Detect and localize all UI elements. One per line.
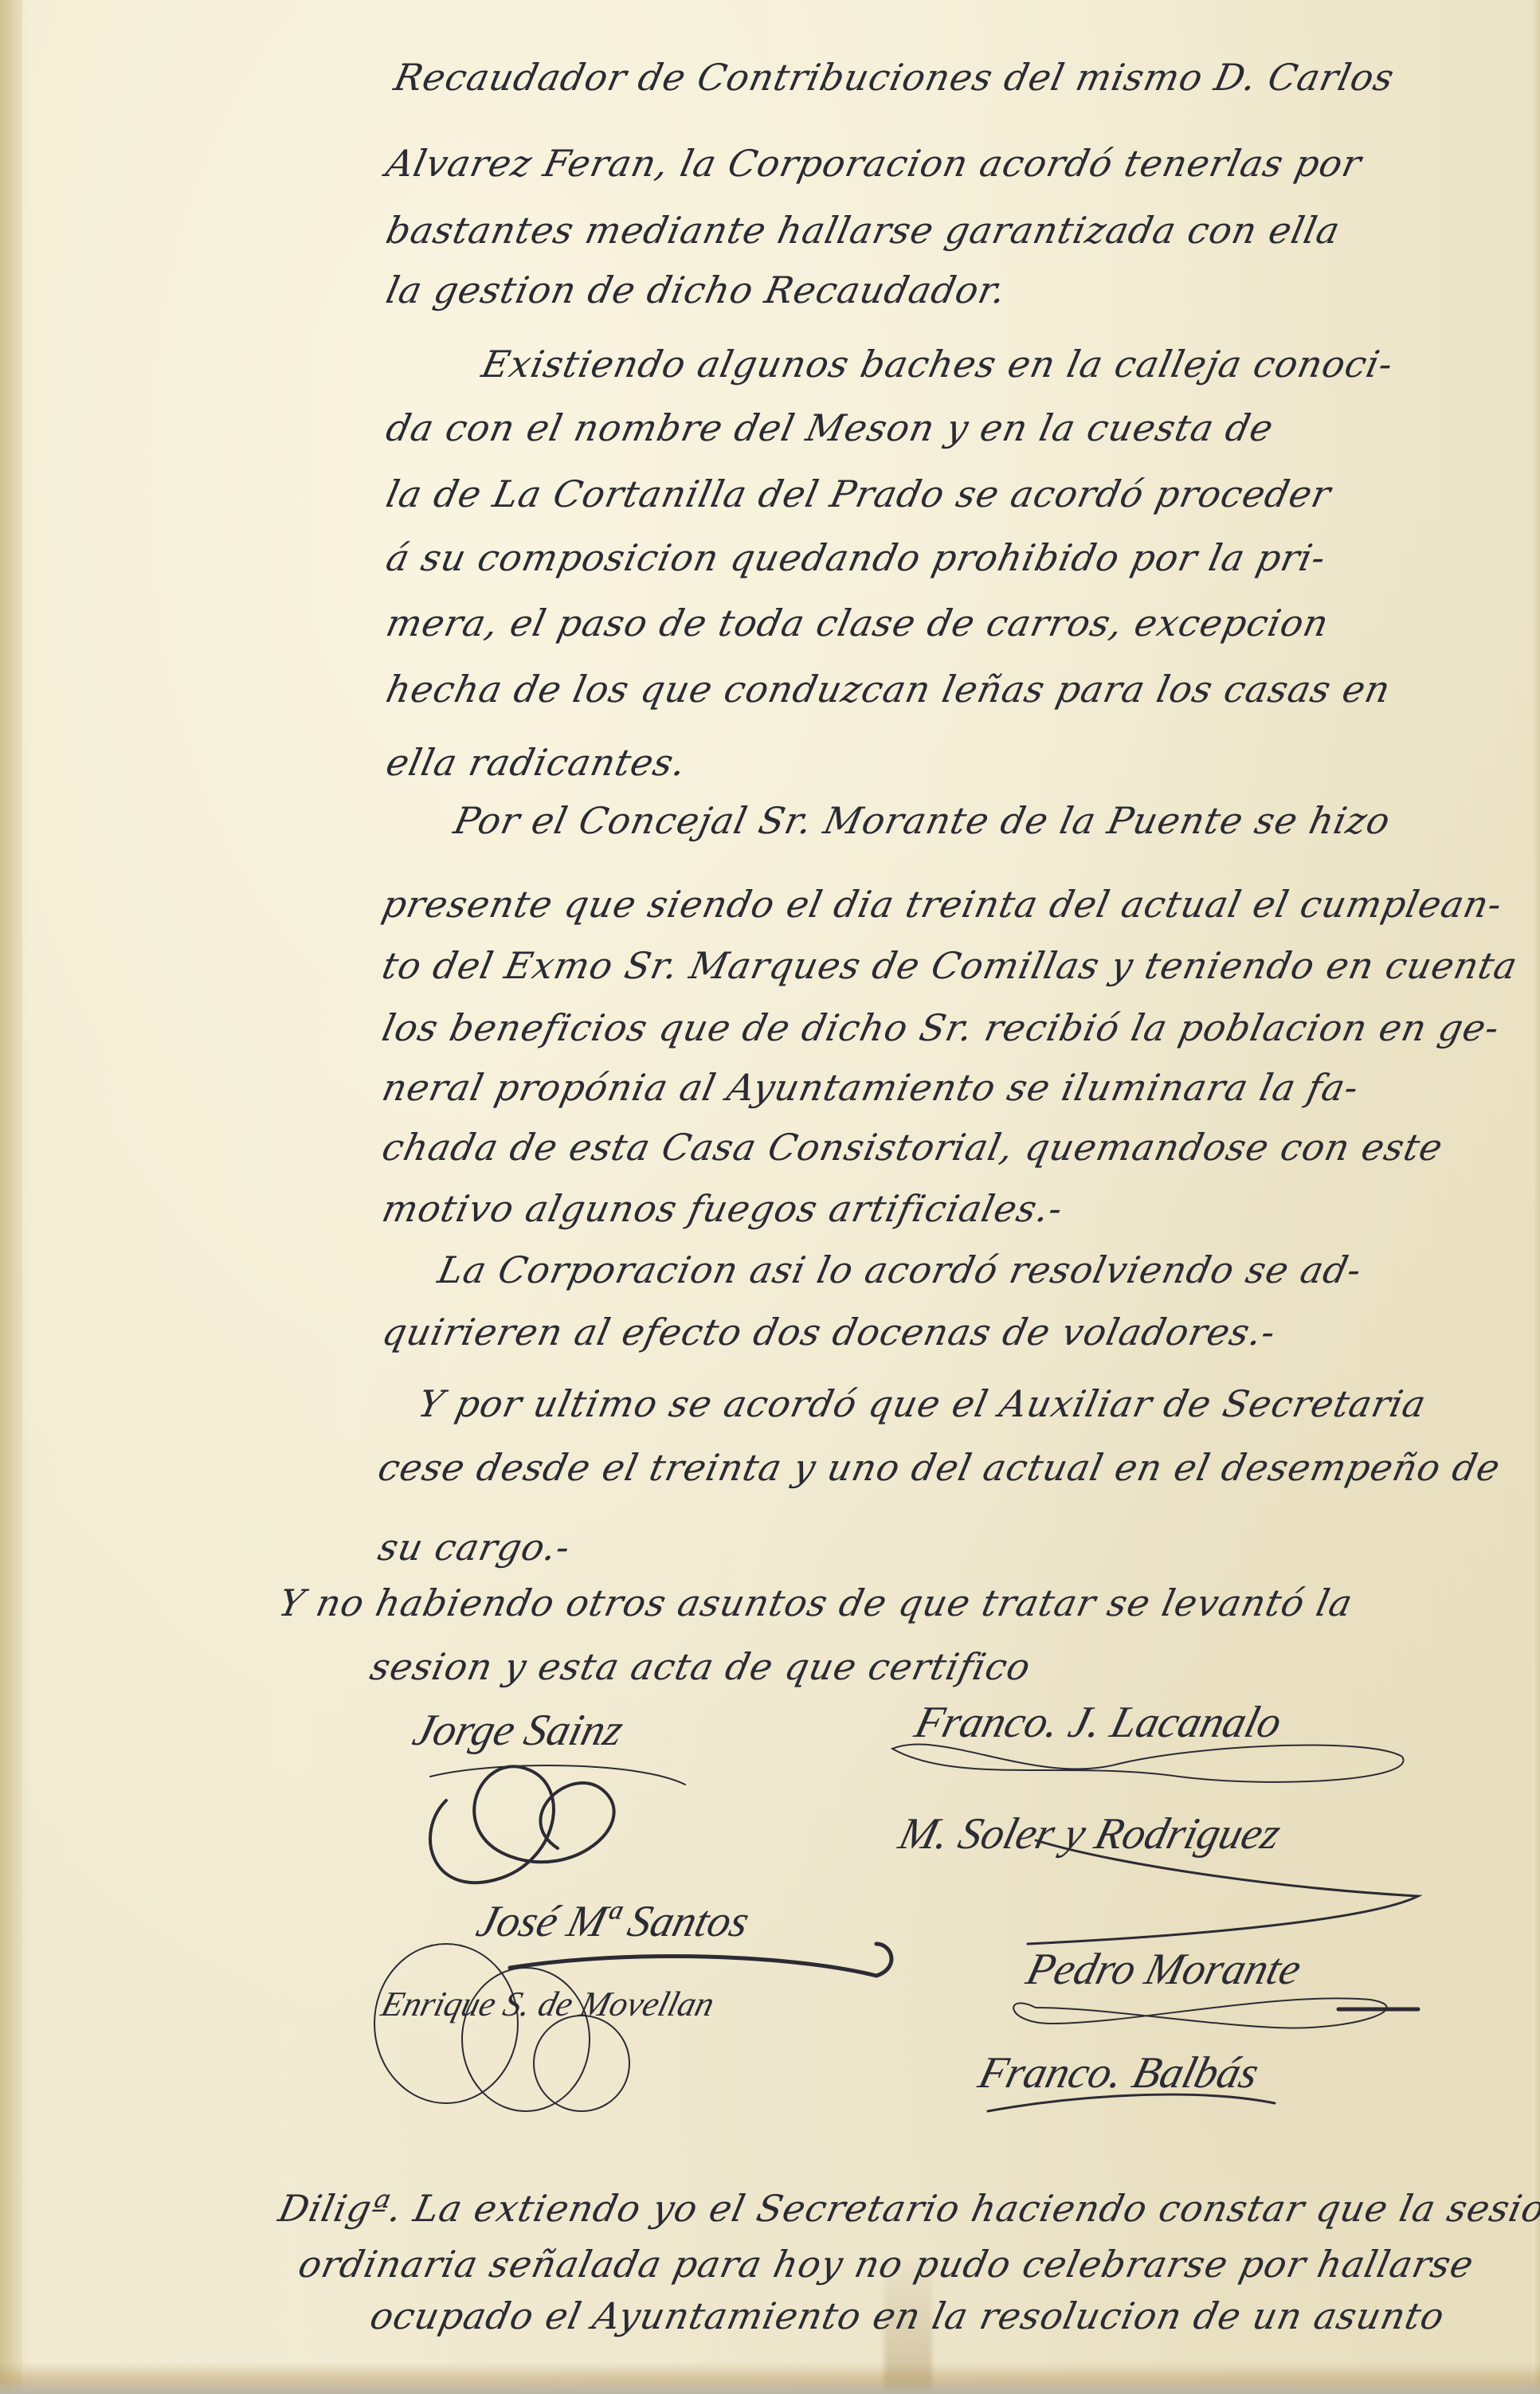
text-line: ordinaria señalada para hoy no pudo cele… (295, 2243, 1478, 2286)
manuscript-page: Recaudador de Contribuciones del mismo D… (0, 0, 1540, 2394)
signature-flourishes (0, 0, 1540, 2394)
text-line: ocupado el Ayuntamiento en la resolucion… (366, 2294, 1448, 2337)
text-line: Diligª. La extiendo yo el Secretario hac… (275, 2187, 1540, 2230)
